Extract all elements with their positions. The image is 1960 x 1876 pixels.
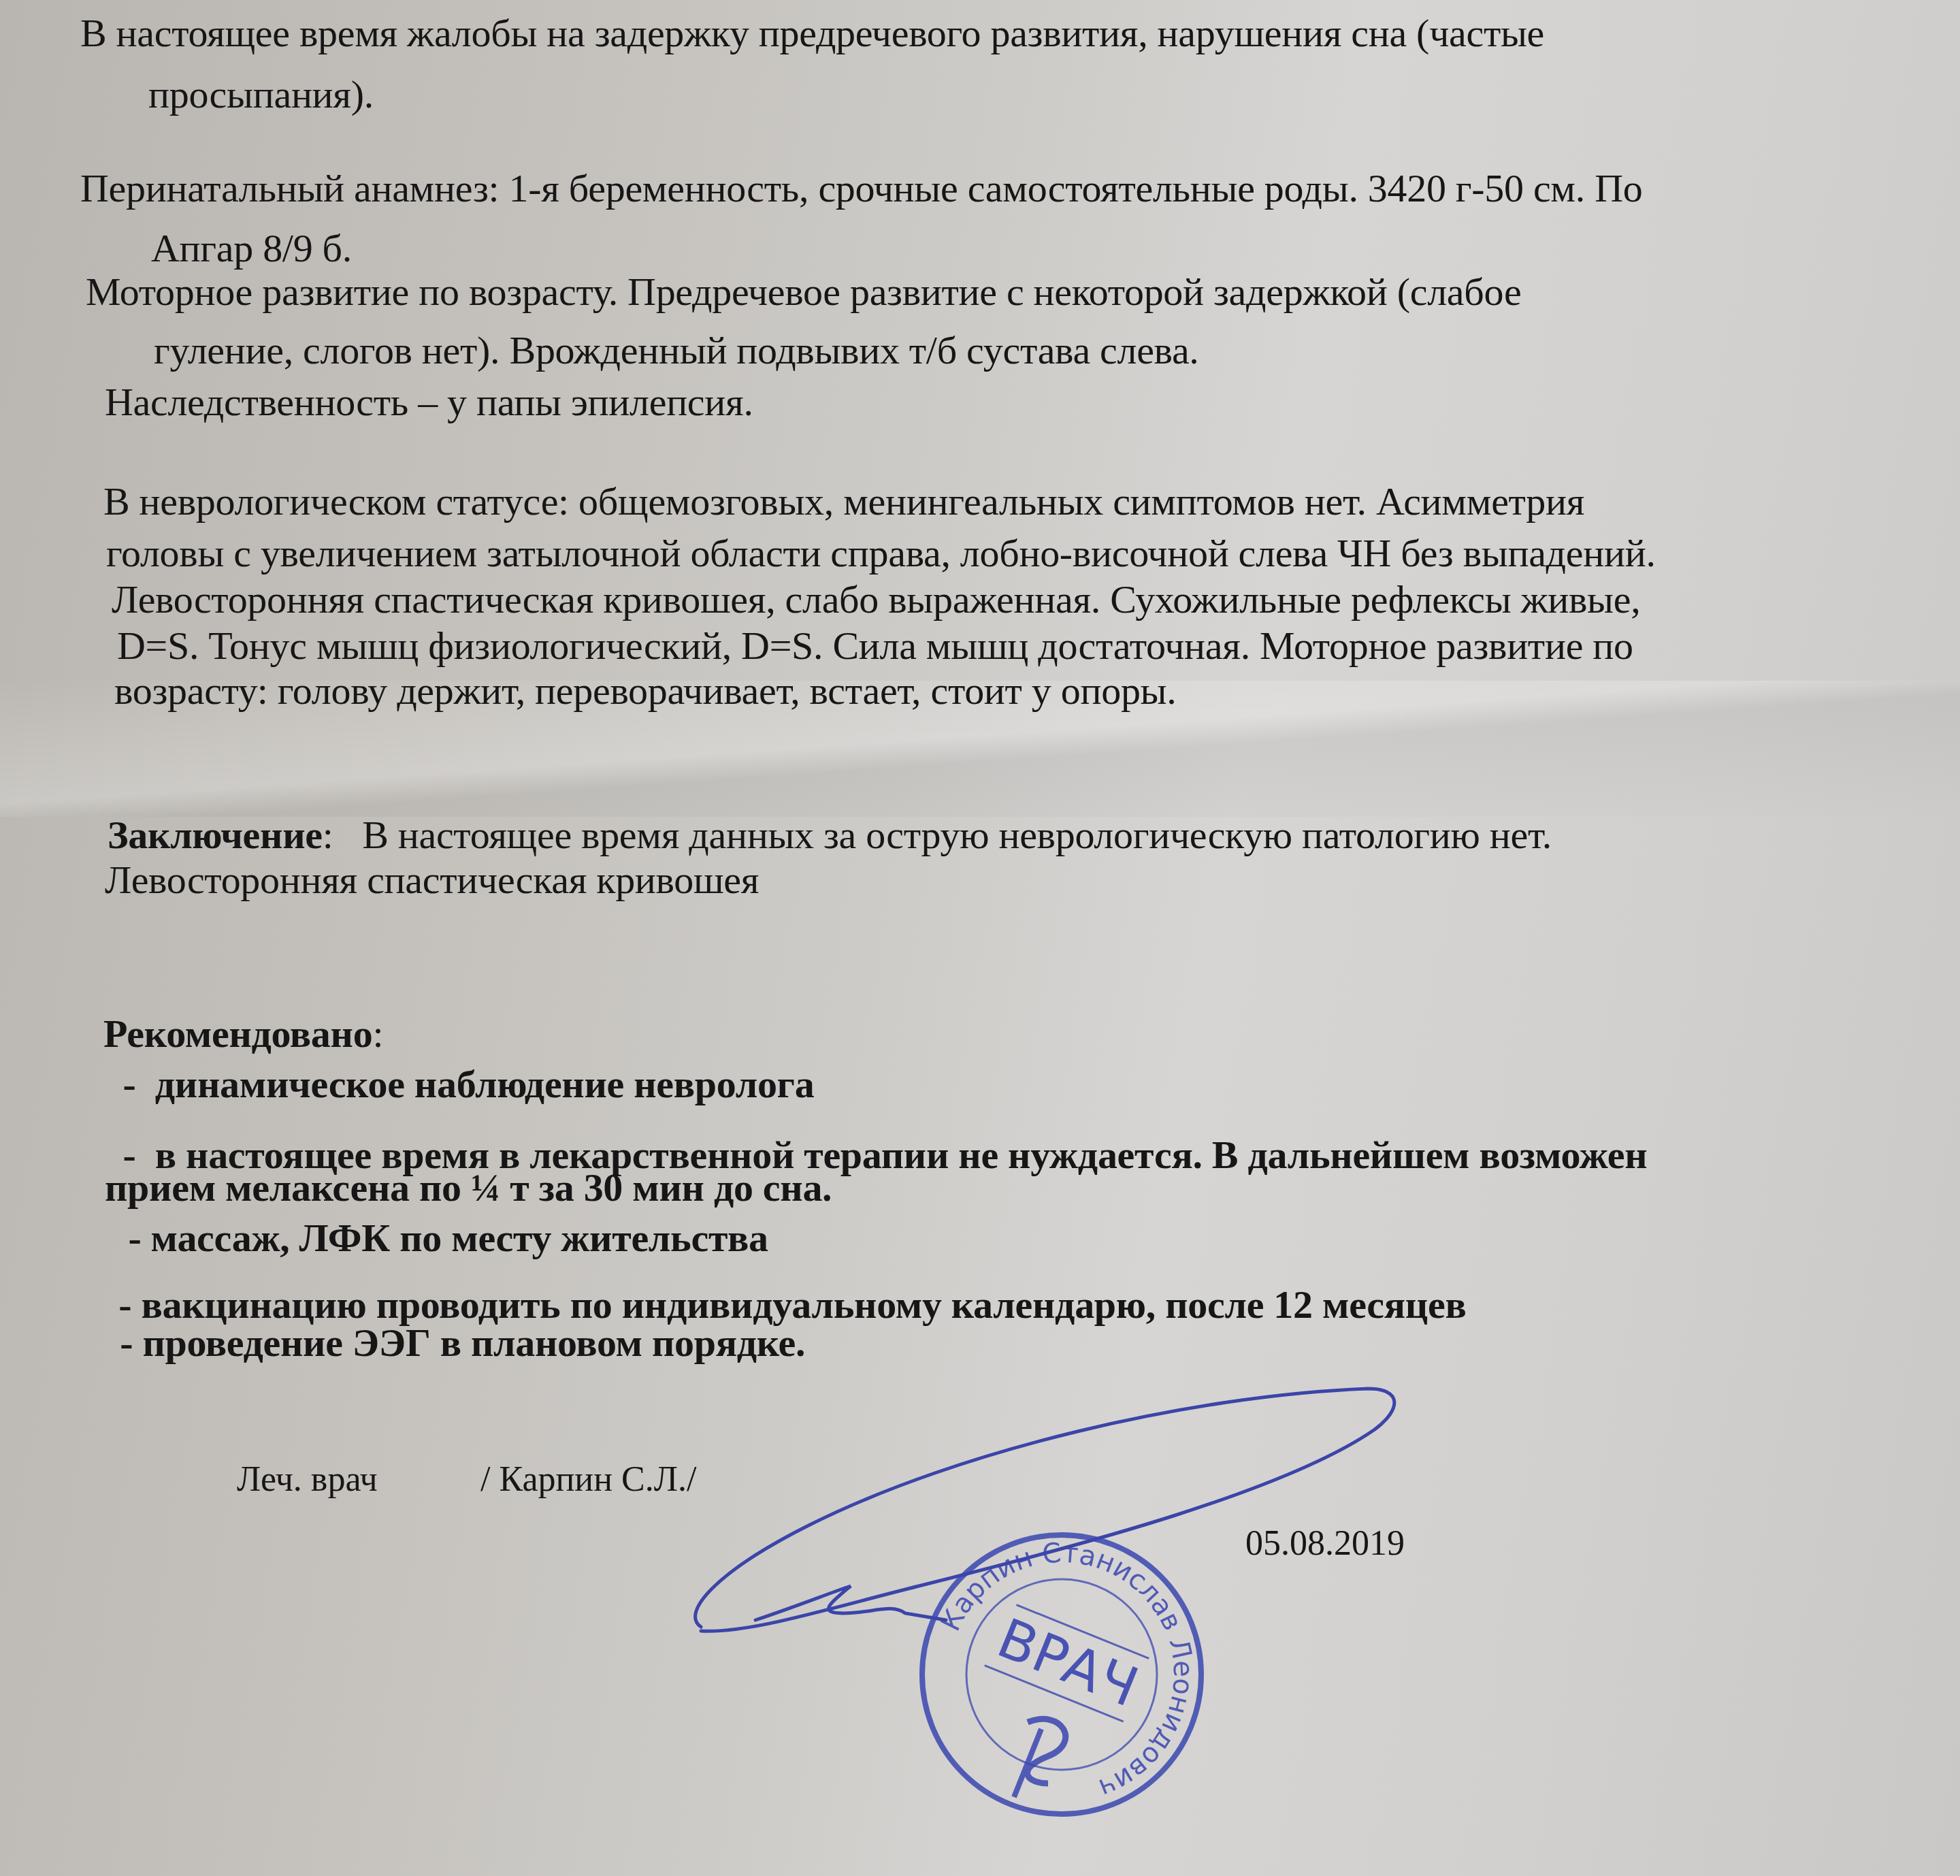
conclusion-line-2: Левосторонняя спастическая кривошея bbox=[105, 860, 759, 900]
conclusion-label: Заключение bbox=[108, 813, 323, 857]
neuro-status-line-3: Левосторонняя спастическая кривошея, сла… bbox=[112, 580, 1640, 619]
neuro-status-line-5: возрасту: голову держит, переворачивает,… bbox=[114, 671, 1176, 711]
caduceus-icon bbox=[1014, 1719, 1066, 1797]
recommendations-label: Рекомендовано bbox=[103, 1012, 372, 1056]
stamp-center-text: ВРАЧ bbox=[989, 1606, 1147, 1719]
doctor-name: / Карпин С.Л./ bbox=[480, 1459, 696, 1500]
perinatal-line-2: Апгар 8/9 б. bbox=[151, 229, 352, 268]
complaints-line-1: В настоящее время жалобы на задержку пре… bbox=[80, 14, 1544, 53]
motor-line-1: Моторное развитие по возрасту. Предречев… bbox=[86, 272, 1521, 312]
doctor-stamp-icon: Карпин Станислав Леонидович ВРАЧ bbox=[912, 1525, 1211, 1824]
neuro-status-line-2: головы с увеличением затылочной области … bbox=[106, 534, 1656, 573]
motor-line-2: гуление, слогов нет). Врожденный подвыви… bbox=[154, 331, 1199, 370]
conclusion-text: В настоящее время данных за острую невро… bbox=[333, 813, 1552, 857]
doctor-role-label: Леч. врач bbox=[237, 1459, 378, 1500]
neuro-status-line-1: В неврологическом статусе: общемозговых,… bbox=[103, 482, 1584, 521]
perinatal-line-1: Перинатальный анамнез: 1-я беременность,… bbox=[80, 169, 1642, 208]
recommendation-item: - динамическое наблюдение невролога bbox=[103, 1065, 814, 1104]
heredity-line: Наследственность – у папы эпилепсия. bbox=[105, 383, 753, 422]
complaints-line-2: просыпания). bbox=[148, 75, 374, 114]
recommendations-colon: : bbox=[372, 1012, 383, 1056]
recommendation-item: - вакцинацию проводить по индивидуальном… bbox=[109, 1285, 1466, 1325]
recommendation-item: прием мелаксена по ¼ т за 30 мин до сна. bbox=[105, 1168, 832, 1208]
recommendations-heading: Рекомендовано: bbox=[103, 1014, 383, 1054]
conclusion-line-1: Заключение: В настоящее время данных за … bbox=[108, 815, 1552, 855]
recommendation-item: - массаж, ЛФК по месту жительства bbox=[109, 1218, 768, 1258]
conclusion-colon: : bbox=[323, 813, 333, 857]
recommendation-item: - проведение ЭЭГ в плановом порядке. bbox=[110, 1323, 805, 1363]
neuro-status-line-4: D=S. Тонус мышц физиологический, D=S. Си… bbox=[117, 626, 1633, 666]
